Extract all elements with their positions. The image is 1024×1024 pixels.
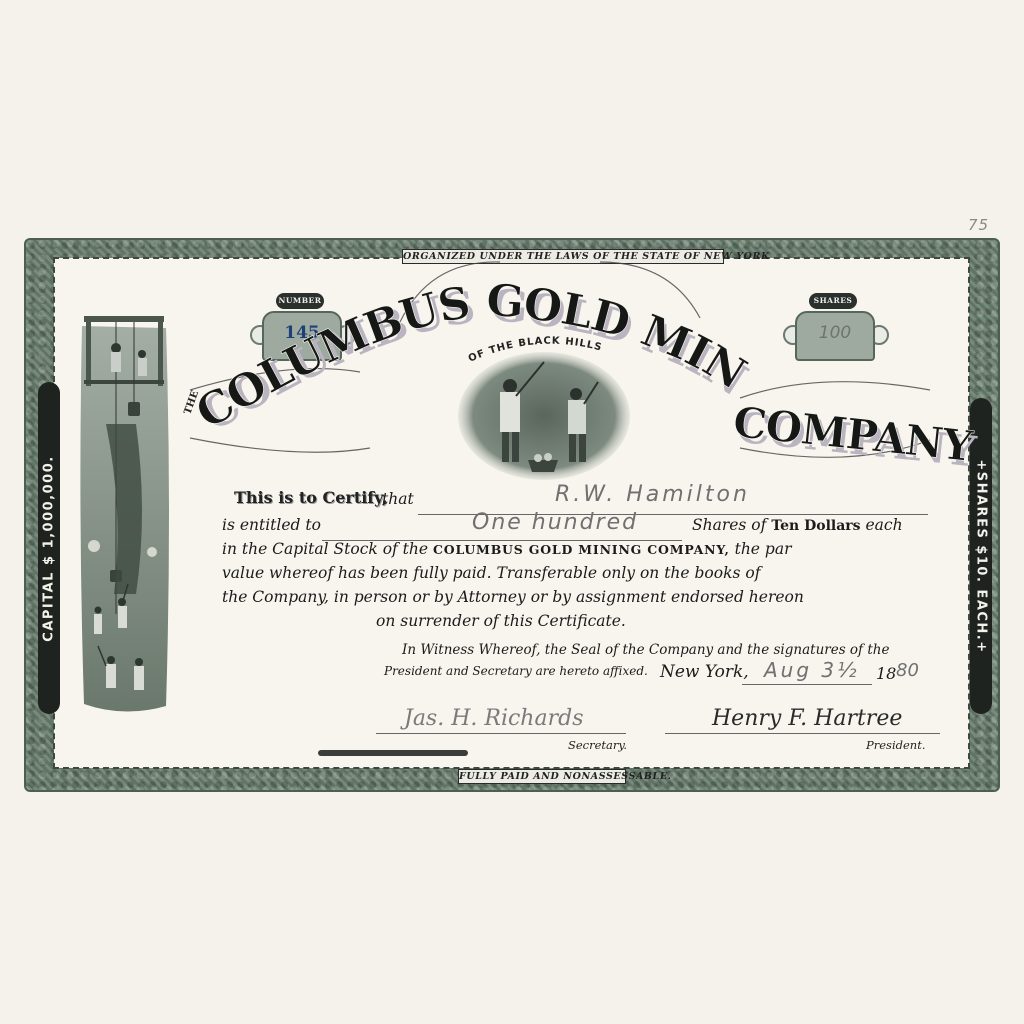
secretary-signature: Jas. H. Richards xyxy=(404,706,583,731)
president-title: President. xyxy=(866,738,925,752)
holder-name: R.W. Hamilton xyxy=(555,482,750,507)
secretary-title: Secretary. xyxy=(568,738,627,752)
witness-line-1: In Witness Whereof, the Seal of the Comp… xyxy=(402,642,889,658)
entitled-to-text: is entitled to xyxy=(222,516,321,534)
capital-side-text: CAPITAL $ 1,000,000. xyxy=(42,455,57,641)
witness-line-2: President and Secretary are hereto affix… xyxy=(384,664,648,678)
year-suffix: 80 xyxy=(896,660,919,681)
secretary-line xyxy=(376,733,626,734)
shares-side-label: +SHARES $10. EACH.+ xyxy=(970,398,992,714)
company-name-inline: COLUMBUS GOLD MINING COMPANY, xyxy=(433,542,730,557)
shares-count: 100 xyxy=(795,323,875,343)
shares-cartouche: SHARES 100 xyxy=(773,285,893,381)
year-prefix: 18 xyxy=(876,664,896,683)
paid-transferable-line: value whereof has been fully paid. Trans… xyxy=(222,564,760,582)
capital-stock-line: in the Capital Stock of the COLUMBUS GOL… xyxy=(222,540,791,558)
number-cartouche: NUMBER 145 xyxy=(240,285,360,381)
shares-side-text: +SHARES $10. EACH.+ xyxy=(974,459,989,653)
date-line xyxy=(742,684,872,685)
mine-shaft-vignette xyxy=(76,314,172,722)
shares-of-label: Shares of xyxy=(692,516,766,534)
par-text: the par xyxy=(735,540,792,558)
shares-written: One hundred xyxy=(472,510,638,535)
par-value: Ten Dollars xyxy=(771,518,860,534)
capital-side-label: CAPITAL $ 1,000,000. xyxy=(38,382,60,714)
organized-band: ORGANIZED UNDER THE LAWS OF THE STATE OF… xyxy=(402,249,724,264)
shares-of-text: Shares of Ten Dollars each xyxy=(692,516,903,534)
shares-label: SHARES xyxy=(809,293,857,309)
certify-heading: This is to Certify, xyxy=(234,488,388,507)
attorney-line: the Company, in person or by Attorney or… xyxy=(222,588,804,606)
certificate-number: 145 xyxy=(262,323,342,343)
surrender-line: on surrender of this Certificate. xyxy=(376,612,626,630)
president-signature: Henry F. Hartree xyxy=(712,706,902,731)
number-label: NUMBER xyxy=(276,293,324,309)
president-line xyxy=(665,733,940,734)
capital-stock-text: in the Capital Stock of the xyxy=(222,540,428,558)
date-written: Aug 3½ xyxy=(764,658,860,682)
that-text: that xyxy=(382,490,414,508)
miners-vignette xyxy=(458,352,630,480)
fully-paid-band: FULLY PAID AND NONASSESSABLE. xyxy=(458,769,626,784)
corner-note: 75 xyxy=(968,216,989,234)
place-text: New York, xyxy=(660,662,749,682)
engraver-imprint xyxy=(318,750,468,756)
each-label: each xyxy=(865,516,902,534)
